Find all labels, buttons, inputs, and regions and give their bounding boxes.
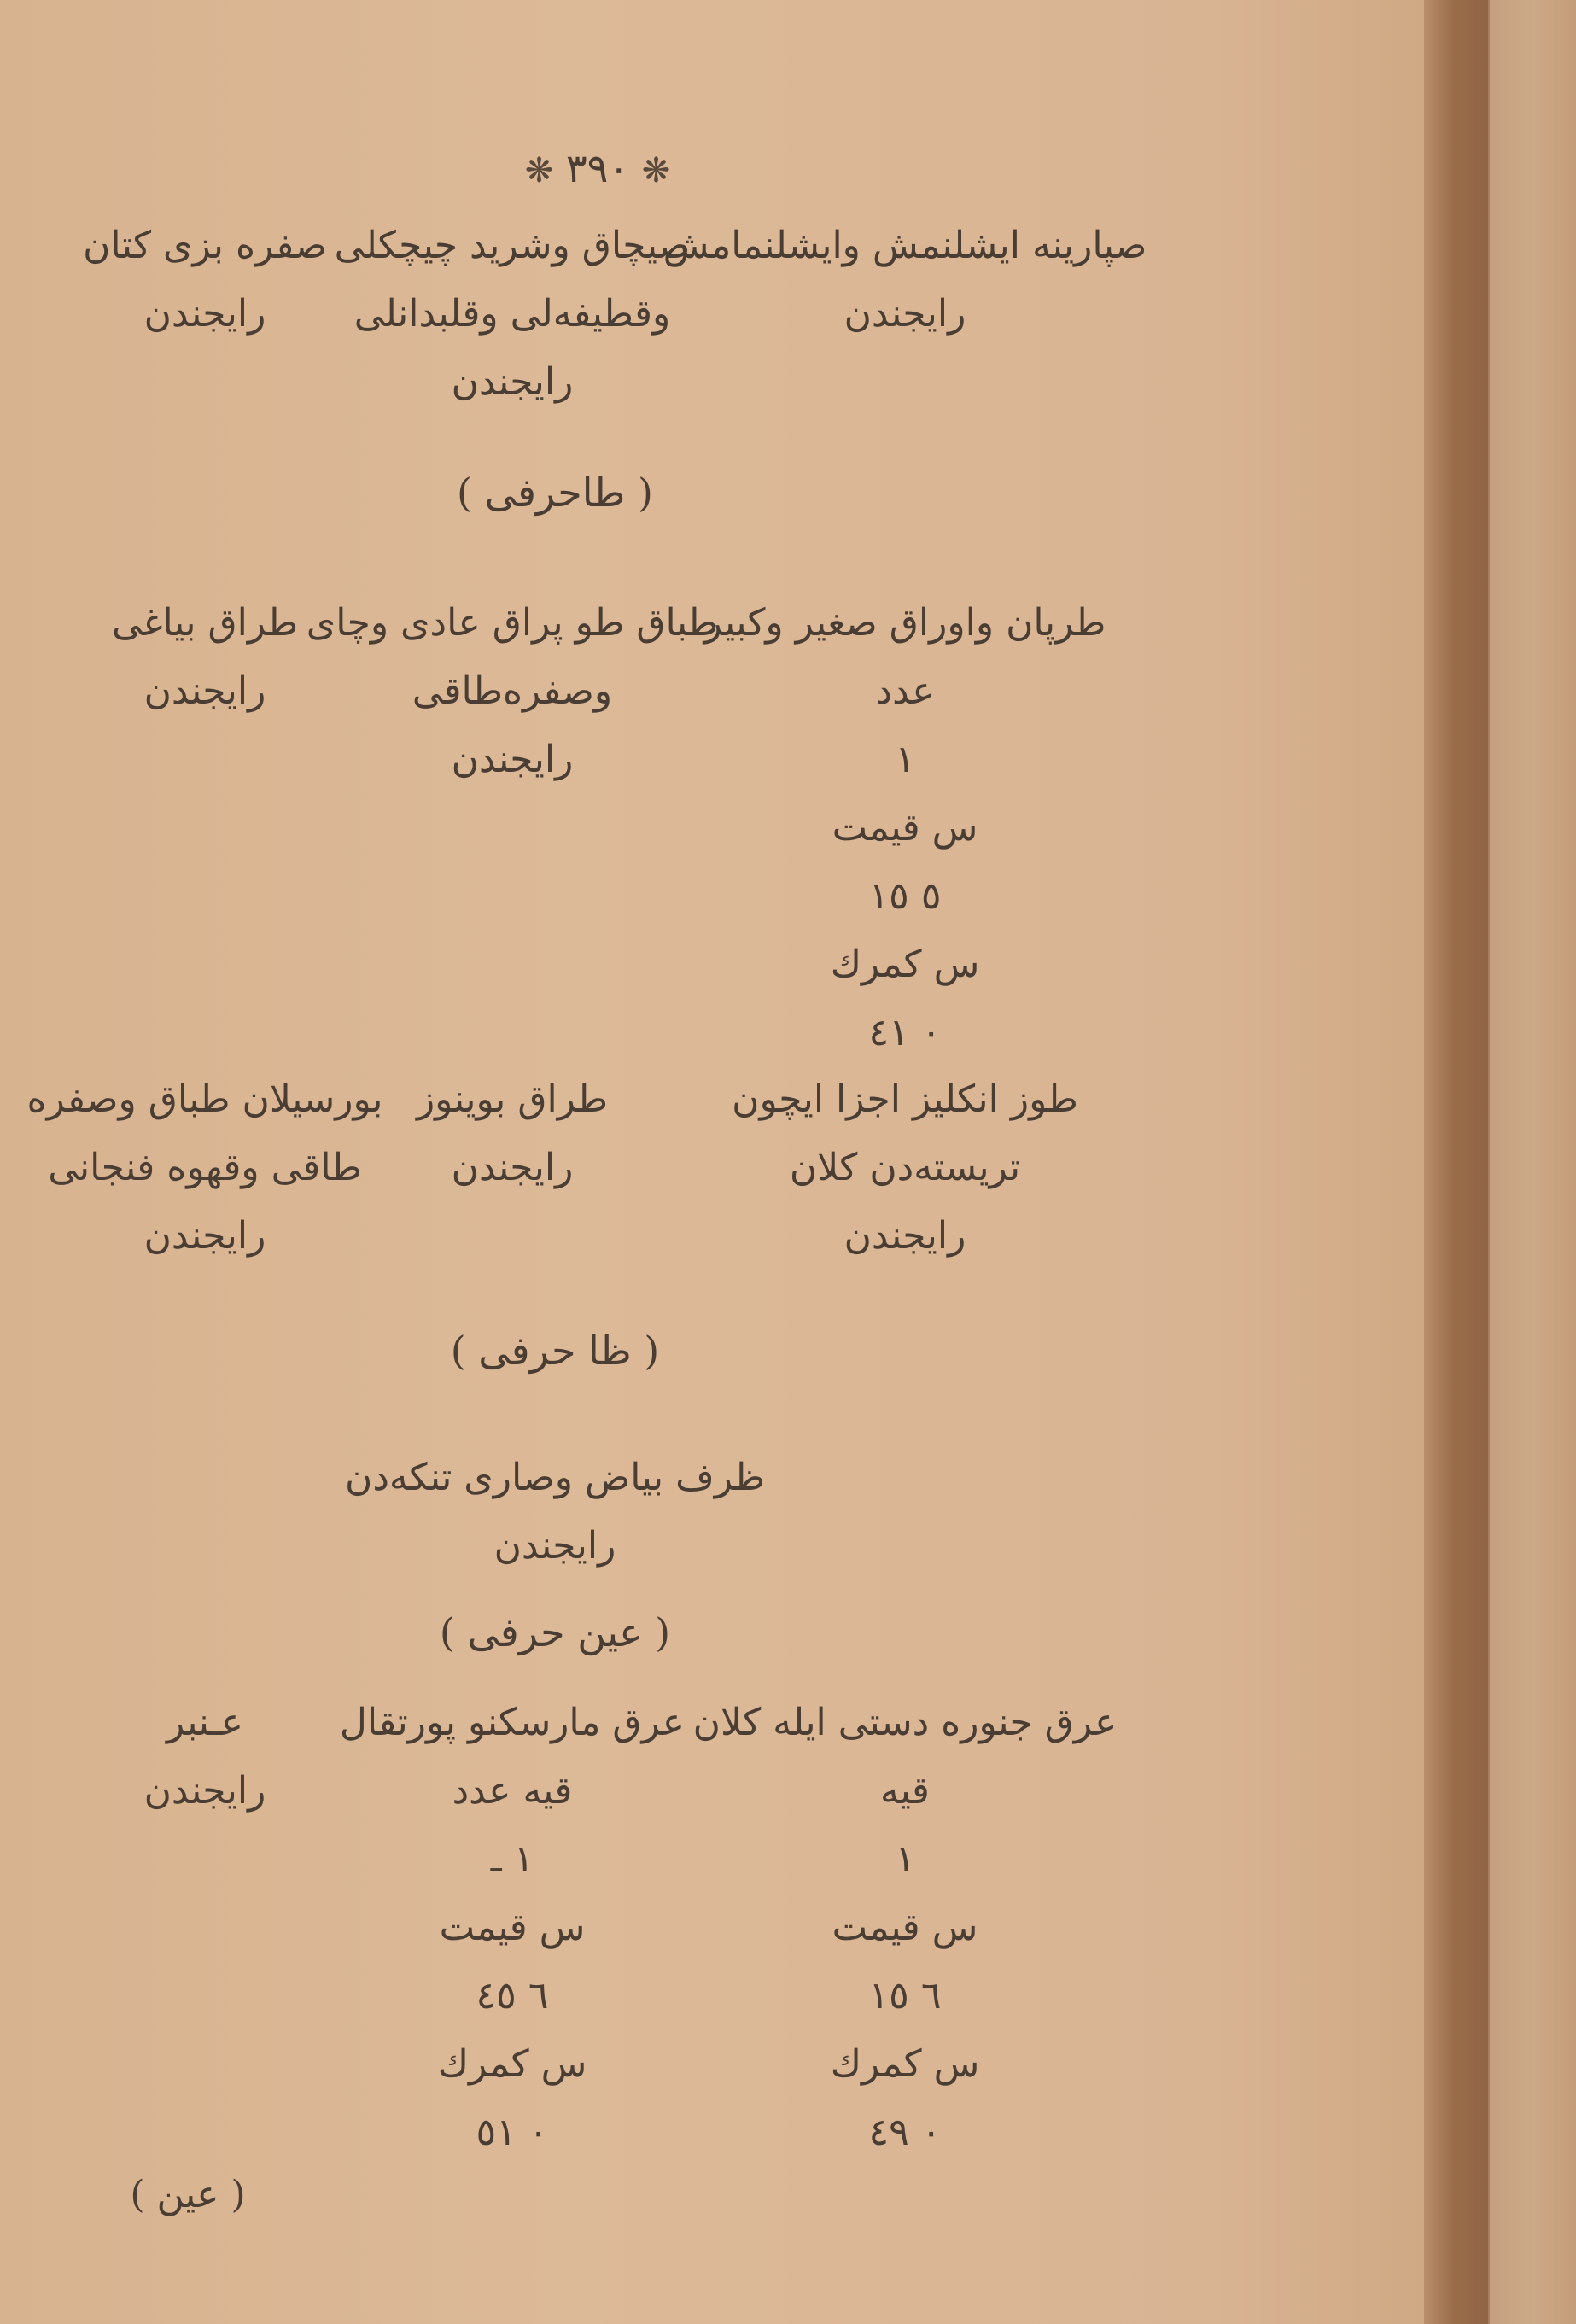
customs-label: س کمرك — [700, 2030, 1110, 2099]
entry-name: صیچاق وشرید چیچکلی — [324, 212, 700, 280]
price-label: س قیمت — [324, 1894, 700, 1962]
customs-label: س کمرك — [324, 2030, 700, 2099]
customs-label: س کمرك — [700, 931, 1110, 999]
entry-column-left: عـنبر رایجندن — [85, 1689, 324, 1825]
book-page: ❋ ٣٩٠ ❋ صپارینه ایشلنمش وایشلنمامش رایجن… — [0, 0, 1424, 2324]
section-heading-za: ( ظا حرفی ) — [256, 1328, 854, 1374]
entry-column-middle: عرق مارسکنو پورتقال قیه عدد ١ ـ س قیمت ٦… — [324, 1689, 700, 2167]
entry-name: طوز انکلیز اجزا ایچون — [700, 1066, 1110, 1134]
entry-name: بورسیلان طباق وصفره — [85, 1066, 324, 1134]
entry-name: عرق مارسکنو پورتقال — [324, 1689, 700, 1757]
entry-note: رایجندن — [85, 280, 324, 348]
unit-label: قیه عدد — [324, 1757, 700, 1825]
entry-name-cont: وقطیفه‌لی وقلبدانلی — [324, 280, 700, 348]
quantity-value: ١ ـ — [324, 1825, 700, 1894]
entry-note: رایجندن — [324, 726, 700, 794]
entry-column-right: طوز انکلیز اجزا ایچون تریسته‌دن کلان رای… — [700, 1066, 1110, 1270]
page-number: ٣٩٠ — [566, 145, 629, 191]
entry-note: رایجندن — [85, 1202, 324, 1270]
ornament-icon: ❋ — [642, 151, 671, 190]
entry-note: رایجندن — [85, 657, 324, 726]
entry-column-middle: صیچاق وشرید چیچکلی وقطیفه‌لی وقلبدانلی ر… — [324, 212, 700, 417]
entry-column-right: طرپان واوراق صغیر وکبیر عدد ١ س قیمت ٥ ١… — [700, 589, 1110, 1067]
section-heading-ayn: ( عین حرفی ) — [256, 1609, 854, 1655]
price-label: س قیمت — [700, 1894, 1110, 1962]
unit-label: قیه — [700, 1757, 1110, 1825]
price-value: ٥ ١٥ — [700, 862, 1110, 931]
entry-note: رایجندن — [700, 280, 1110, 348]
catchword: ( عین ) — [120, 2173, 256, 2216]
entry-column-middle: طباق طو پراق عادی وچای وصفره‌طاقی رایجند… — [324, 589, 700, 794]
entry-name-cont: وصفره‌طاقی — [324, 657, 700, 726]
unit-label: عدد — [700, 657, 1110, 726]
entry-column-right: صپارینه ایشلنمش وایشلنمامش رایجندن — [700, 212, 1110, 348]
ornament-icon: ❋ — [525, 151, 554, 190]
entry-name: طباق طو پراق عادی وچای — [324, 589, 700, 657]
entry-name: صپارینه ایشلنمش وایشلنمامش — [700, 212, 1110, 280]
entry-note: رایجندن — [324, 348, 700, 417]
entry-column-left: صفره بزی کتان رایجندن — [85, 212, 324, 348]
price-value: ٦ ٤٥ — [324, 1962, 700, 2030]
entry-note: رایجندن — [85, 1757, 324, 1825]
entry-name: طراق بیاغی — [85, 589, 324, 657]
entry-column-left: بورسیلان طباق وصفره طاقی وقهوه فنجانی را… — [85, 1066, 324, 1270]
page-header: ❋ ٣٩٠ ❋ — [504, 145, 692, 191]
entry-column-right: عرق جنوره دستی ایله کلان قیه ١ س قیمت ٦ … — [700, 1689, 1110, 2167]
customs-value: ٠ ٥١ — [324, 2099, 700, 2167]
entry-note: رایجندن — [700, 1202, 1110, 1270]
entry-name-cont: تریسته‌دن کلان — [700, 1134, 1110, 1202]
section-heading-ta: ( طاحرفی ) — [256, 470, 854, 516]
entry-column-left: طراق بیاغی رایجندن — [85, 589, 324, 726]
price-value: ٦ ١٥ — [700, 1962, 1110, 2030]
entry-name: ظرف بیاض وصاری تنکه‌دن — [256, 1443, 854, 1511]
entry-name: عـنبر — [85, 1689, 324, 1757]
entry-note: رایجندن — [256, 1511, 854, 1580]
quantity-value: ١ — [700, 726, 1110, 794]
customs-value: ٠ ٤١ — [700, 999, 1110, 1067]
entry-name: عرق جنوره دستی ایله کلان — [700, 1689, 1110, 1757]
entry-name: صفره بزی کتان — [85, 212, 324, 280]
quantity-value: ١ — [700, 1825, 1110, 1894]
price-label: س قیمت — [700, 794, 1110, 862]
entry-name-cont: طاقی وقهوه فنجانی — [85, 1134, 324, 1202]
entry-note: رایجندن — [324, 1134, 700, 1202]
entry-row-4: ظرف بیاض وصاری تنکه‌دن رایجندن — [256, 1443, 854, 1580]
entry-name: طرپان واوراق صغیر وکبیر — [700, 589, 1110, 657]
customs-value: ٠ ٤٩ — [700, 2099, 1110, 2167]
next-page-edge — [1488, 0, 1576, 2324]
book-gutter — [1424, 0, 1488, 2324]
